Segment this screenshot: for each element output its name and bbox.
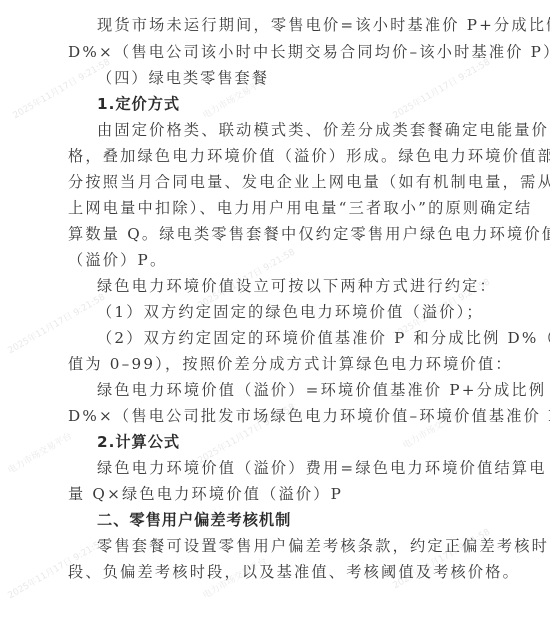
formula-line: 量 Q×绿色电力环境价值（溢价）P (68, 481, 468, 507)
paragraph-line: 上网电量中扣除）、电力用户用电量“三者取小”的原则确定结 (68, 195, 468, 221)
paragraph-line: 算数量 Q。绿电类零售套餐中仅约定零售用户绿色电力环境价值 (68, 221, 468, 247)
watermark-timestamp: 2025年11月17日 9:21:58 (5, 290, 107, 356)
formula-line: 绿色电力环境价值（溢价）=环境价值基准价 P+分成比例 (97, 377, 468, 403)
paragraph-line: 现货市场未运行期间，零售电价=该小时基准价 P+分成比例 (97, 12, 468, 38)
paragraph-line: 值为 0–99），按照价差分成方式计算绿色电力环境价值： (68, 351, 468, 377)
list-item: （2）双方约定固定的环境价值基准价 P 和分成比例 D%（取 (97, 325, 468, 351)
paragraph-line: 格，叠加绿色电力环境价值（溢价）形成。绿色电力环境价值部 (68, 143, 468, 169)
formula-line: 绿色电力环境价值（溢价）费用=绿色电力环境价值结算电 (97, 455, 468, 481)
document-page: 现货市场未运行期间，零售电价=该小时基准价 P+分成比例 D%×（售电公司该小时… (0, 0, 550, 625)
watermark-platform: 电力市场交易平台 (5, 429, 74, 476)
list-item: （1）双方约定固定的绿色电力环境价值（溢价）； (97, 299, 468, 325)
paragraph-line: 零售套餐可设置零售用户偏差考核条款，约定正偏差考核时 (97, 533, 468, 559)
paragraph-line: D%×（售电公司该小时中长期交易合同均价–该小时基准价 P） (68, 39, 468, 65)
paragraph-line: 分按照当月合同电量、发电企业上网电量（如有机制电量，需从 (68, 169, 468, 195)
paragraph-line: 绿色电力环境价值设立可按以下两种方式进行约定： (97, 273, 468, 299)
paragraph-line: 段、负偏差考核时段，以及基准值、考核阈值及考核价格。 (68, 559, 468, 585)
section-subheading: （四）绿电类零售套餐 (97, 65, 468, 91)
paragraph-line: （溢价）P。 (68, 247, 468, 273)
formula-line: D%×（售电公司批发市场绿色电力环境价值–环境价值基准价 P） (68, 403, 468, 429)
chapter-heading: 二、零售用户偏差考核机制 (97, 507, 468, 533)
paragraph-line: 由固定价格类、联动模式类、价差分成类套餐确定电能量价 (97, 117, 468, 143)
section-heading: 2.计算公式 (97, 429, 468, 455)
section-heading: 1.定价方式 (97, 91, 468, 117)
